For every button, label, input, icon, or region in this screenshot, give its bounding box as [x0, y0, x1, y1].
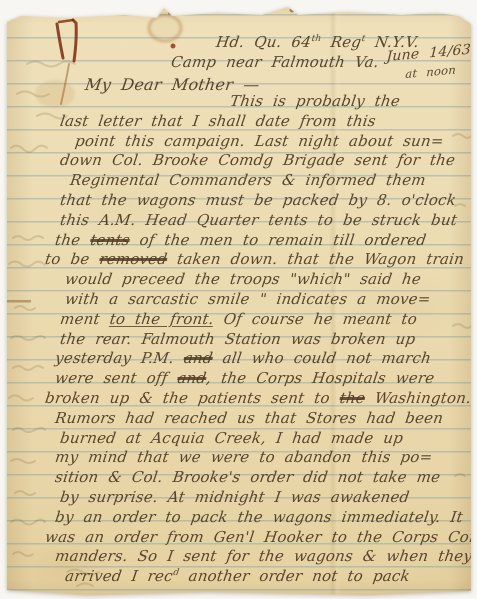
letter-line: would preceed the troops "which" said he	[64, 270, 422, 288]
underlined-word: to the front.	[109, 310, 216, 328]
letter-line: This is probably the	[229, 92, 401, 110]
struck-word: removed	[98, 250, 168, 268]
letter-place-line: Camp near Falmouth Va.	[170, 53, 380, 71]
struck-word: the	[339, 389, 367, 407]
letter-line: by an order to pack the wagons immediate…	[54, 508, 464, 526]
letter-line: was an order from Gen'l Hooker to the Co…	[44, 528, 477, 546]
paper-wrap: Hd. Qu. 64th Regt N.Y.V. Camp near Falmo…	[0, 0, 477, 599]
struck-word: tents	[89, 231, 131, 249]
letter-line: manders. So I sent for the wagons & when…	[54, 547, 473, 565]
letter-line: yesterday P.M. and all who could not mar…	[54, 349, 432, 367]
letter-paper: Hd. Qu. 64th Regt N.Y.V. Camp near Falmo…	[7, 6, 471, 599]
letter-line: were sent off and, the Corps Hospitals w…	[54, 369, 436, 387]
letter-line: to be removed taken down. that the Wagon…	[44, 250, 465, 268]
letter-line: broken up & the patients sent to the Was…	[44, 389, 472, 407]
letter-line: the tents of the men to remain till orde…	[54, 231, 428, 249]
letter-line: down Col. Brooke Comdg Brigade sent for …	[59, 151, 456, 169]
letter-line: the rear. Falmouth Station was broken up	[59, 330, 417, 348]
struck-word: and	[176, 369, 207, 387]
letter-line: by surprise. At midnight I was awakened	[59, 488, 411, 506]
letter-line: Regimental Commanders & informed them	[69, 171, 427, 189]
letter-line: arrived I recd another order not to pack	[64, 567, 411, 585]
letter-line: point this campaign. Last night about su…	[74, 132, 445, 150]
letter-photo: Hd. Qu. 64th Regt N.Y.V. Camp near Falmo…	[0, 0, 477, 599]
letter-line: with a sarcastic smile " indicates a mov…	[64, 290, 432, 308]
letter-line: Rumors had reached us that Stores had be…	[54, 409, 444, 427]
letter-line: burned at Acquia Creek, I had made up	[59, 429, 404, 447]
struck-word: and	[183, 349, 214, 367]
letter-line: last letter that I shall date from this	[59, 112, 377, 130]
letter-line: that the wagons must be packed by 8. o'c…	[59, 191, 457, 209]
letter-line: my mind that we were to abandon this po=	[54, 448, 434, 466]
letter-line: this A.M. Head Quarter tents to be struc…	[59, 211, 458, 229]
letter-line: ment to the front. Of course he meant to	[59, 310, 418, 328]
letter-line: sition & Col. Brooke's order did not tak…	[54, 468, 442, 486]
